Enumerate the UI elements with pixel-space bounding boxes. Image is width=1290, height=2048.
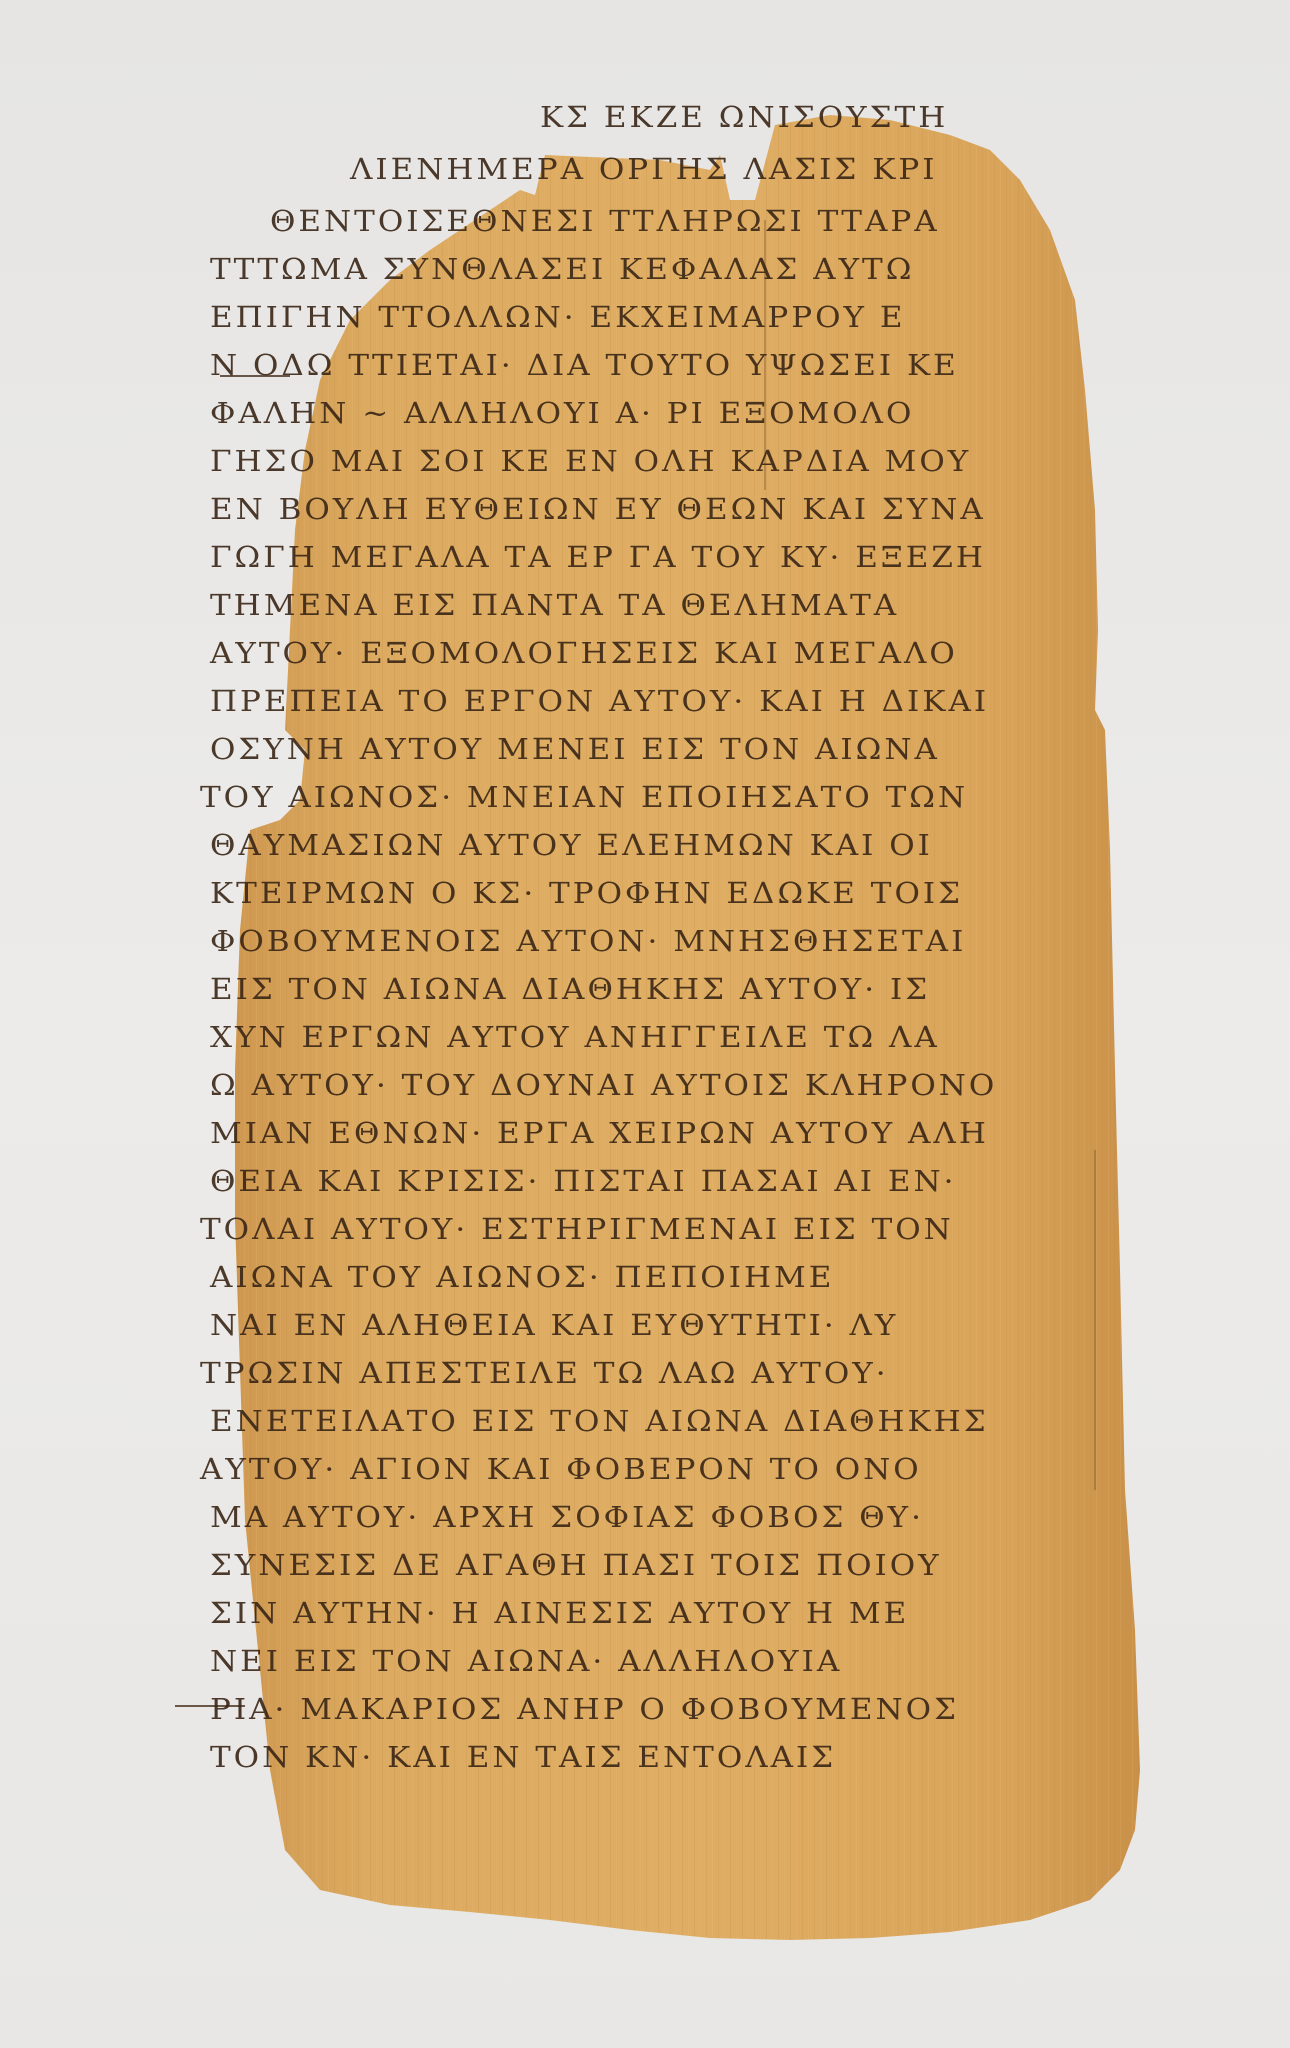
text-line: ΝΑΙ ΕΝ ΑΛΗΘΕΙΑ ΚΑΙ ΕΥΘΥΤΗΤΙ· ΛΥ [210, 1309, 898, 1342]
text-line: ΕΠΙΓΗΝ ΤΤΟΛΛΩΝ· ΕΚΧΕΙΜΑΡΡΟΥ Ε [210, 301, 905, 334]
text-line: ΘΑΥΜΑΣΙΩΝ ΑΥΤΟΥ ΕΛΕΗΜΩΝ ΚΑΙ ΟΙ [210, 829, 933, 862]
text-line: ΦΟΒΟΥΜΕΝΟΙΣ ΑΥΤΟΝ· ΜΝΗΣΘΗΣΕΤΑΙ [210, 925, 966, 958]
text-line: ΑΥΤΟΥ· ΕΞΟΜΟΛΟΓΗΣΕΙΣ ΚΑΙ ΜΕΓΑΛΟ [210, 637, 958, 670]
text-line: ΛΙΕΝΗΜΕΡΑ ΟΡΓΗΣ ΛΑΣΙΣ ΚΡΙ [350, 153, 937, 186]
text-line: ΤΗΜΕΝΑ ΕΙΣ ΠΑΝΤΑ ΤΑ ΘΕΛΗΜΑΤΑ [210, 589, 899, 622]
text-line: ΚΣ ΕΚΖΕ ΩΝΙΣΟΥΣΤΗ [540, 101, 948, 134]
text-line: ΕΙΣ ΤΟΝ ΑΙΩΝΑ ΔΙΑΘΗΚΗΣ ΑΥΤΟΥ· ΙΣ [210, 973, 930, 1006]
text-line: ΤΤΤΩΜΑ ΣΥΝΘΛΑΣΕΙ ΚΕΦΑΛΑΣ ΑΥΤΩ [210, 253, 914, 286]
text-line: ΣΙΝ ΑΥΤΗΝ· Η ΑΙΝΕΣΙΣ ΑΥΤΟΥ Η ΜΕ [210, 1597, 909, 1630]
text-line: ΓΩΓΗ ΜΕΓΑΛΑ ΤΑ ΕΡ ΓΑ ΤΟΥ ΚΥ· ΕΞΕΖΗ [210, 541, 986, 574]
text-line: ΦΑΛΗΝ ~ ΑΛΛΗΛΟΥΙ Α· ΡΙ ΕΞΟΜΟΛΟ [210, 397, 914, 430]
text-line: ΤΟΥ ΑΙΩΝΟΣ· ΜΝΕΙΑΝ ΕΠΟΙΗΣΑΤΟ ΤΩΝ [200, 781, 968, 814]
text-line: ΡΙΑ· ΜΑΚΑΡΙΟΣ ΑΝΗΡ Ο ΦΟΒΟΥΜΕΝΟΣ [210, 1693, 959, 1726]
text-line: Ω ΑΥΤΟΥ· ΤΟΥ ΔΟΥΝΑΙ ΑΥΤΟΙΣ ΚΛΗΡΟΝΟ [210, 1069, 997, 1102]
text-line: ΣΥΝΕΣΙΣ ΔΕ ΑΓΑΘΗ ΠΑΣΙ ΤΟΙΣ ΠΟΙΟΥ [210, 1549, 942, 1582]
text-line: ΤΡΩΣΙΝ ΑΠΕΣΤΕΙΛΕ ΤΩ ΛΑΩ ΑΥΤΟΥ· [200, 1357, 889, 1390]
text-line: ΤΟΛΑΙ ΑΥΤΟΥ· ΕΣΤΗΡΙΓΜΕΝΑΙ ΕΙΣ ΤΟΝ [200, 1213, 954, 1246]
text-line: ΜΙΑΝ ΕΘΝΩΝ· ΕΡΓΑ ΧΕΙΡΩΝ ΑΥΤΟΥ ΑΛΗ [210, 1117, 989, 1150]
text-line: ΧΥΝ ΕΡΓΩΝ ΑΥΤΟΥ ΑΝΗΓΓΕΙΛΕ ΤΩ ΛΑ [210, 1021, 940, 1054]
text-line: ΘΕΙΑ ΚΑΙ ΚΡΙΣΙΣ· ΠΙΣΤΑΙ ΠΑΣΑΙ ΑΙ ΕΝ· [210, 1165, 957, 1198]
text-line: ΠΡΕΠΕΙΑ ΤΟ ΕΡΓΟΝ ΑΥΤΟΥ· ΚΑΙ Η ΔΙΚΑΙ [210, 685, 989, 718]
text-line: ΑΥΤΟΥ· ΑΓΙΟΝ ΚΑΙ ΦΟΒΕΡΟΝ ΤΟ ΟΝΟ [200, 1453, 922, 1486]
text-line: ΚΤΕΙΡΜΩΝ Ο ΚΣ· ΤΡΟΦΗΝ ΕΔΩΚΕ ΤΟΙΣ [210, 877, 963, 910]
text-line: Ν ΟΔΩ ΤΤΙΕΤΑΙ· ΔΙΑ ΤΟΥΤΟ ΥΨΩΣΕΙ ΚΕ [210, 349, 959, 382]
text-line: ΘΕΝΤΟΙΣΕΘΝΕΣΙ ΤΤΛΗΡΩΣΙ ΤΤΑΡΑ [270, 205, 940, 238]
text-line: ΕΝ ΒΟΥΛΗ ΕΥΘΕΙΩΝ ΕΥ ΘΕΩΝ ΚΑΙ ΣΥΝΑ [210, 493, 986, 526]
text-line: ΜΑ ΑΥΤΟΥ· ΑΡΧΗ ΣΟΦΙΑΣ ΦΟΒΟΣ ΘΥ· [210, 1501, 924, 1534]
text-line: ΑΙΩΝΑ ΤΟΥ ΑΙΩΝΟΣ· ΠΕΠΟΙΗΜΕ [210, 1261, 834, 1294]
text-line: ΟΣΥΝΗ ΑΥΤΟΥ ΜΕΝΕΙ ΕΙΣ ΤΟΝ ΑΙΩΝΑ [210, 733, 940, 766]
text-line: ΓΗΣΟ ΜΑΙ ΣΟΙ ΚΕ ΕΝ ΟΛΗ ΚΑΡΔΙΑ ΜΟΥ [210, 445, 971, 478]
text-line: ΤΟΝ ΚΝ· ΚΑΙ ΕΝ ΤΑΙΣ ΕΝΤΟΛΑΙΣ [210, 1741, 836, 1774]
text-line: ΝΕΙ ΕΙΣ ΤΟΝ ΑΙΩΝΑ· ΑΛΛΗΛΟΥΙΑ [210, 1645, 842, 1678]
text-line: ΕΝΕΤΕΙΛΑΤΟ ΕΙΣ ΤΟΝ ΑΙΩΝΑ ΔΙΑΘΗΚΗΣ [210, 1405, 989, 1438]
